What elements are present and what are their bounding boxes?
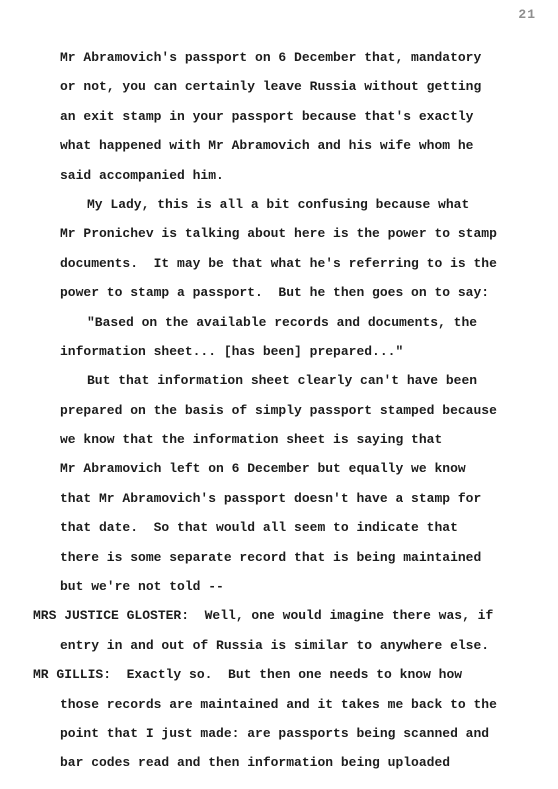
transcript-line: point that I just made: are passports be… [33,719,558,748]
transcript-line: But that information sheet clearly can't… [33,366,558,395]
transcript-text: Mr Abramovich's passport on 6 December t… [33,43,558,778]
transcript-line: MR GILLIS: Exactly so. But then one need… [33,660,558,689]
transcript-line: documents. It may be that what he's refe… [33,249,558,278]
transcript-line: there is some separate record that is be… [33,543,558,572]
transcript-line: prepared on the basis of simply passport… [33,396,558,425]
transcript-line: that Mr Abramovich's passport doesn't ha… [33,484,558,513]
transcript-line: Mr Abramovich left on 6 December but equ… [33,454,558,483]
transcript-line: what happened with Mr Abramovich and his… [33,131,558,160]
transcript-line: bar codes read and then information bein… [33,748,558,777]
transcript-line: entry in and out of Russia is similar to… [33,631,558,660]
page-number: 21 [518,7,536,22]
transcript-line: Mr Abramovich's passport on 6 December t… [33,43,558,72]
transcript-line: information sheet... [has been] prepared… [33,337,558,366]
transcript-line: MRS JUSTICE GLOSTER: Well, one would ima… [33,601,558,630]
transcript-line: that date. So that would all seem to ind… [33,513,558,542]
transcript-line: power to stamp a passport. But he then g… [33,278,558,307]
transcript-line: My Lady, this is all a bit confusing bec… [33,190,558,219]
transcript-line: said accompanied him. [33,161,558,190]
transcript-line: Mr Pronichev is talking about here is th… [33,219,558,248]
transcript-line: "Based on the available records and docu… [33,308,558,337]
transcript-line: but we're not told -- [33,572,558,601]
transcript-page: 21 Mr Abramovich's passport on 6 Decembe… [0,0,558,789]
transcript-line: an exit stamp in your passport because t… [33,102,558,131]
transcript-line: we know that the information sheet is sa… [33,425,558,454]
transcript-line: those records are maintained and it take… [33,690,558,719]
transcript-line: or not, you can certainly leave Russia w… [33,72,558,101]
